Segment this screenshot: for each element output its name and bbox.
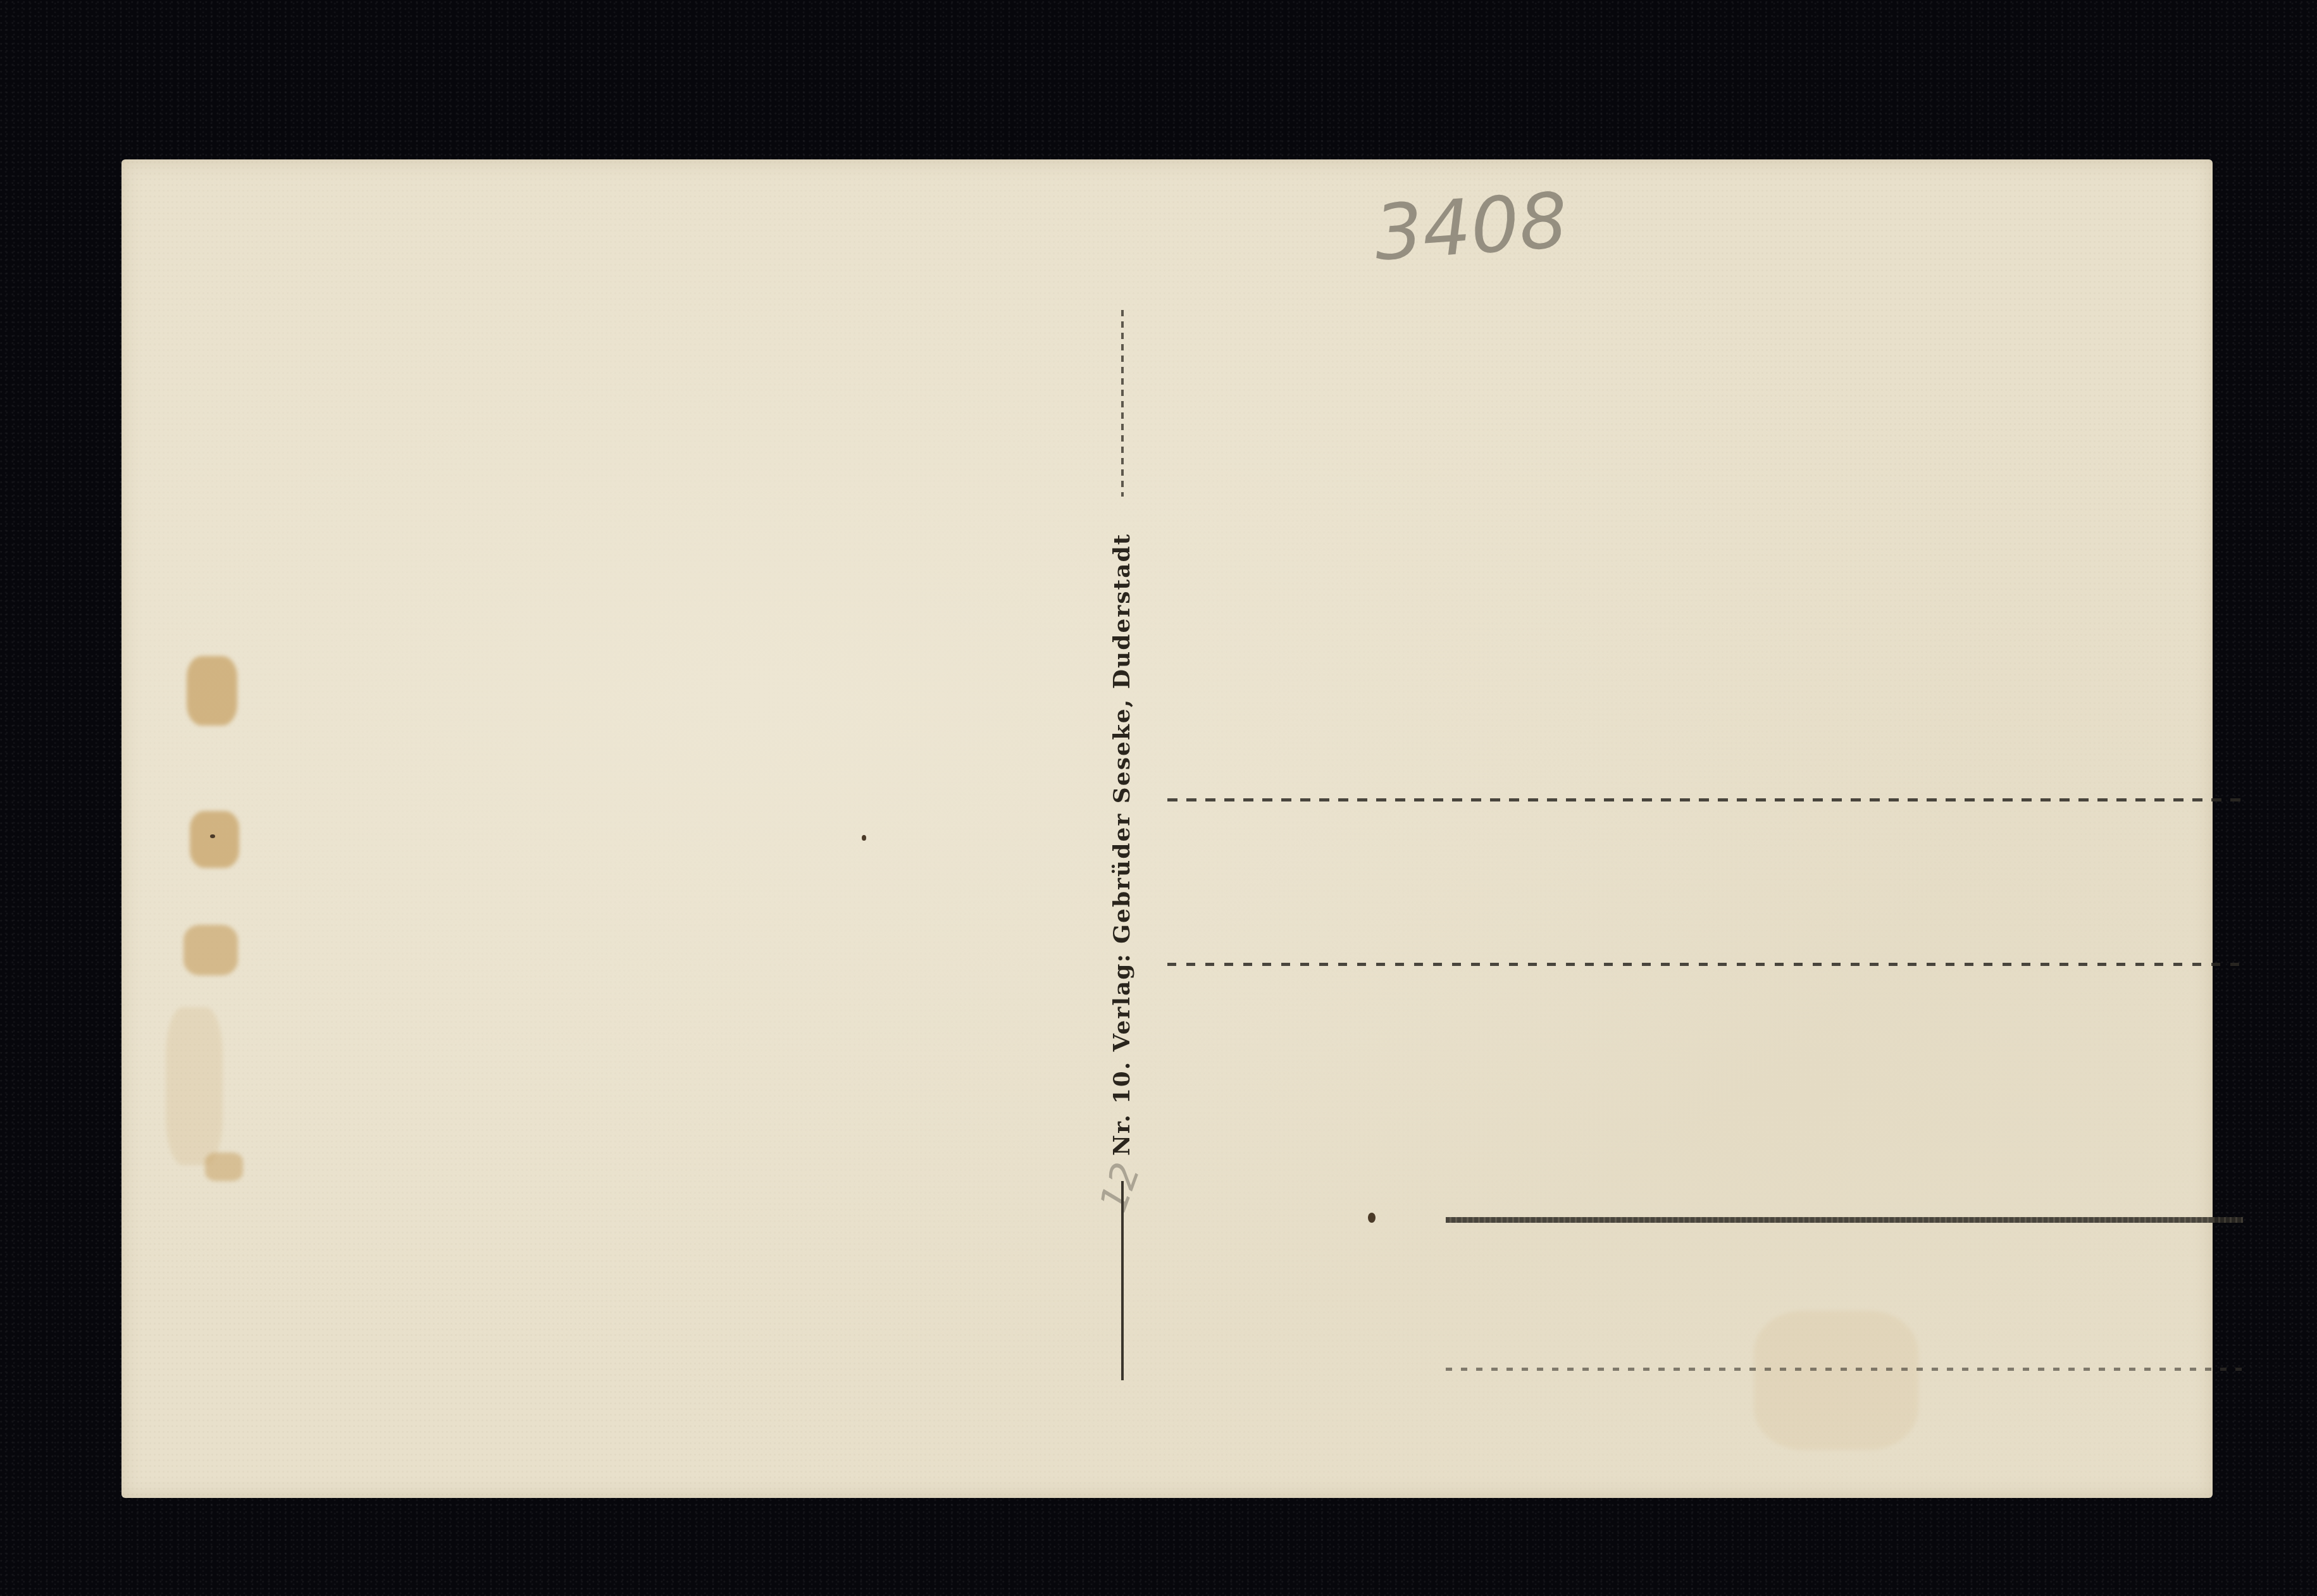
ink-spot — [1368, 1213, 1376, 1223]
foxing-stain — [187, 656, 237, 726]
address-line-2 — [1167, 963, 2243, 966]
pencil-mark: 12 — [1091, 1157, 1149, 1218]
ink-spot — [862, 835, 866, 841]
publisher-imprint: Nr. 10. Verlag: Gebrüder Seseke, Duderst… — [1109, 533, 1135, 1156]
divider-line-top — [1121, 310, 1124, 497]
address-line-3 — [1446, 1217, 2243, 1223]
ink-spot — [210, 834, 215, 838]
address-line-4 — [1446, 1368, 2243, 1371]
divider-line-bottom — [1121, 1181, 1124, 1380]
postcard-back: 3408 Nr. 10. Verlag: Gebrüder Seseke, Du… — [121, 159, 2213, 1498]
foxing-stain — [190, 811, 239, 868]
foxing-stain — [1754, 1311, 1918, 1450]
address-line-1 — [1167, 798, 2243, 801]
foxing-stain — [166, 1007, 223, 1165]
foxing-stain — [183, 925, 238, 975]
pencil-catalog-number: 3408 — [1372, 177, 1570, 278]
